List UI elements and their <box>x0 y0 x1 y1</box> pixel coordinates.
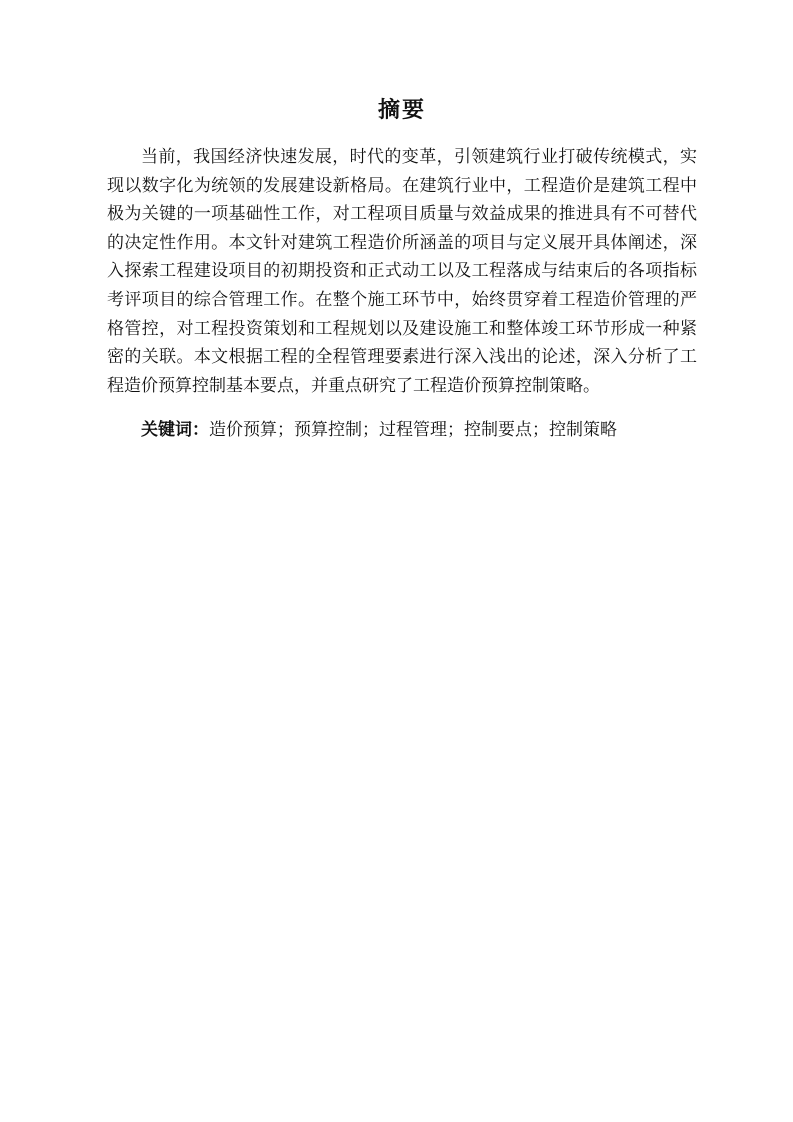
keywords-line: 关键词：造价预算；预算控制；过程管理；控制要点；控制策略 <box>107 416 697 445</box>
keywords-label: 关键词： <box>141 420 209 439</box>
abstract-paragraph: 当前，我国经济快速发展，时代的变革，引领建筑行业打破传统模式，实现以数字化为统领… <box>107 143 697 400</box>
document-page: 摘要 当前，我国经济快速发展，时代的变革，引领建筑行业打破传统模式，实现以数字化… <box>0 0 793 1122</box>
keywords-text: 造价预算；预算控制；过程管理；控制要点；控制策略 <box>209 420 617 439</box>
page-title: 摘要 <box>107 0 697 126</box>
